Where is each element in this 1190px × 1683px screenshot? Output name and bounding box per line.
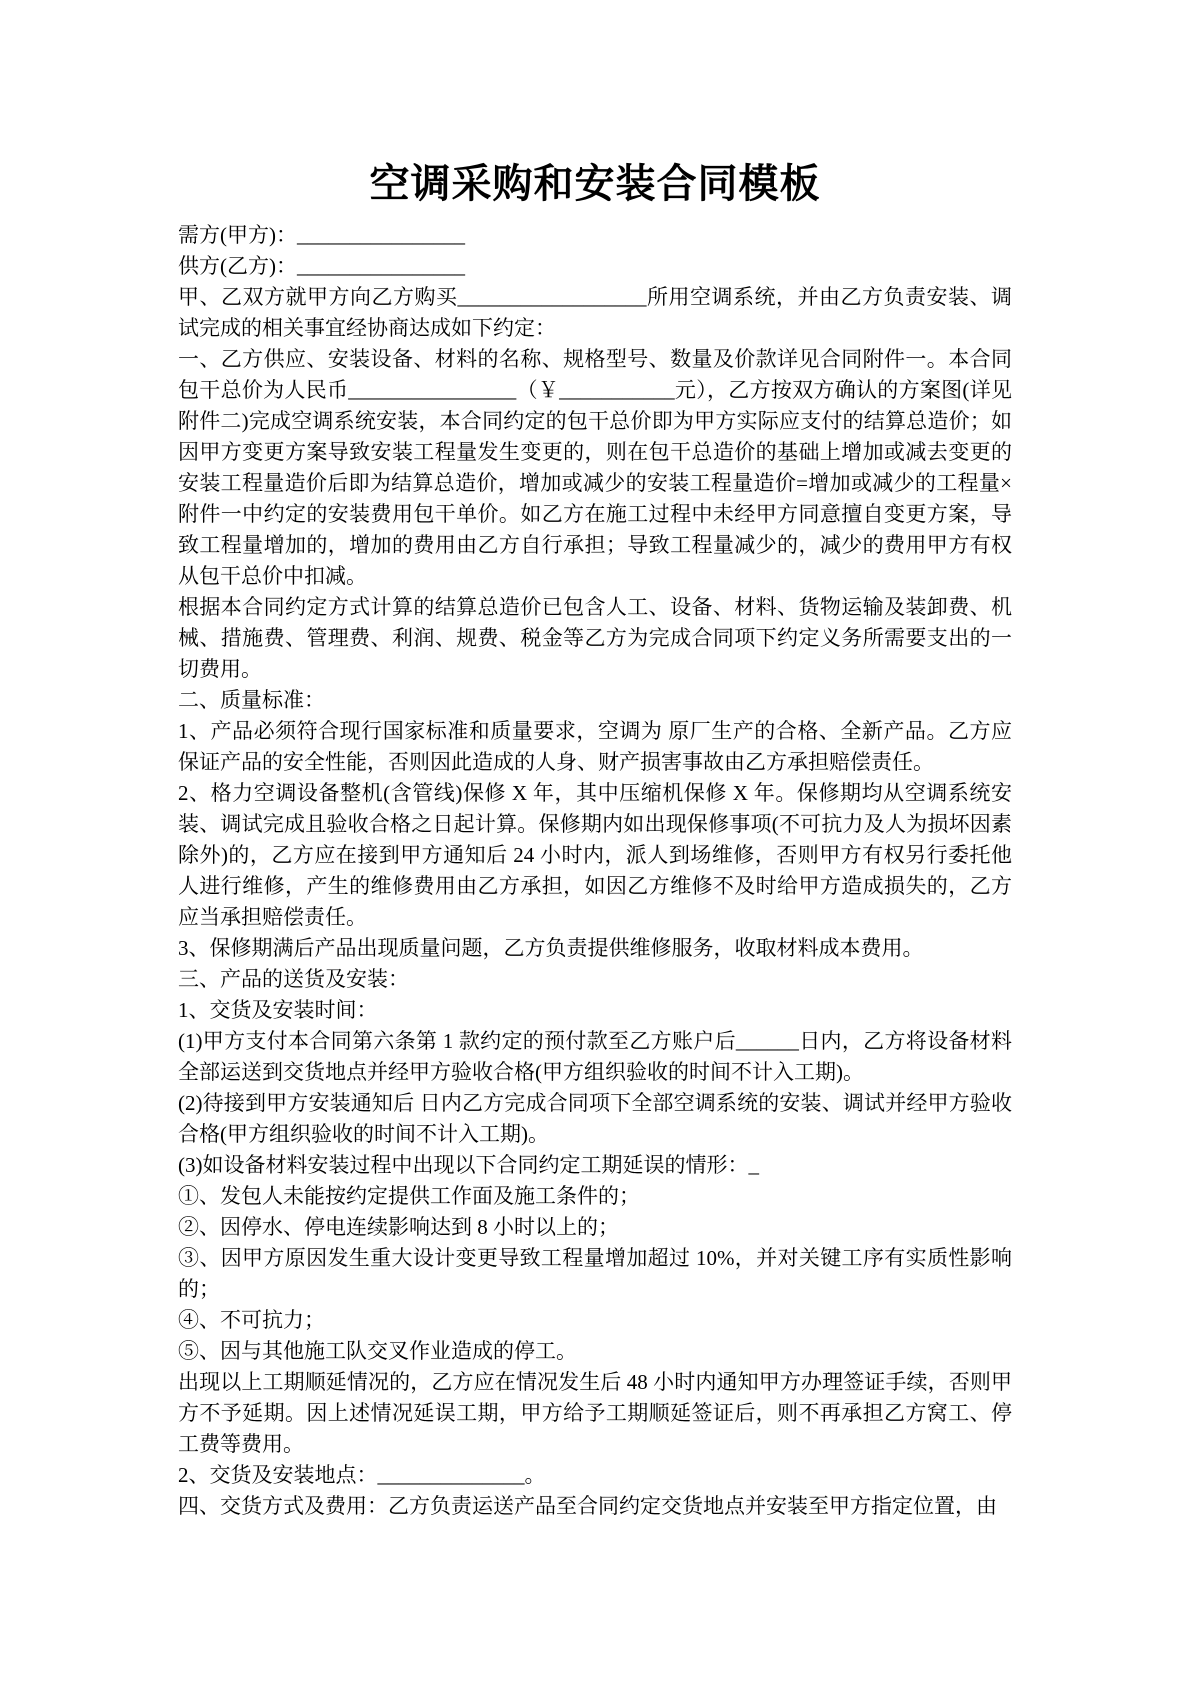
clause-2-item-2-warranty: 2、格力空调设备整机(含管线)保修 X 年，其中压缩机保修 X 年。保修期均从空… [178,778,1012,933]
clause-2-heading-quality-standard: 二、质量标准： [178,685,1012,716]
clause-4-delivery-method: 四、交货方式及费用：乙方负责运送产品至合同约定交货地点并安装至甲方指定位置，由 [178,1491,1012,1522]
clause-3-item-2-location: 2、交货及安装地点：______________。 [178,1460,1012,1491]
delay-case-1: ①、发包人未能按约定提供工作面及施工条件的； [178,1181,1012,1212]
delay-conditions-intro: (3)如设备材料安装过程中出现以下合同约定工期延误的情形：_ [178,1150,1012,1181]
contract-document-page: 空调采购和安装合同模板 需方(甲方)：________________ 供方(乙… [0,0,1190,1683]
delay-case-5: ⑤、因与其他施工队交叉作业造成的停工。 [178,1336,1012,1367]
preamble: 甲、乙双方就甲方向乙方购买__________________所用空调系统，并由… [178,282,1012,344]
delay-case-2: ②、因停水、停电连续影响达到 8 小时以上的； [178,1212,1012,1243]
party-a-line: 需方(甲方)：________________ [178,220,1012,251]
clause-1-cost-inclusion-note: 根据本合同约定方式计算的结算总造价已包含人工、设备、材料、货物运输及装卸费、机械… [178,592,1012,685]
clause-2-item-1-product-standard: 1、产品必须符合现行国家标准和质量要求，空调为 原厂生产的合格、全新产品。乙方应… [178,716,1012,778]
document-content: 空调采购和安装合同模板 需方(甲方)：________________ 供方(乙… [178,158,1012,1522]
delivery-time-sub-1: (1)甲方支付本合同第六条第 1 款约定的预付款至乙方账户后______日内，乙… [178,1026,1012,1088]
delay-notification-note: 出现以上工期顺延情况的，乙方应在情况发生后 48 小时内通知甲方办理签证手续，否… [178,1367,1012,1460]
delay-case-4: ④、不可抗力； [178,1305,1012,1336]
delay-case-3: ③、因甲方原因发生重大设计变更导致工程量增加超过 10%，并对关键工序有实质性影… [178,1243,1012,1305]
document-title: 空调采购和安装合同模板 [178,158,1012,210]
clause-1-price: 一、乙方供应、安装设备、材料的名称、规格型号、数量及价款详见合同附件一。本合同包… [178,344,1012,592]
clause-2-item-3-post-warranty: 3、保修期满后产品出现质量问题，乙方负责提供维修服务，收取材料成本费用。 [178,933,1012,964]
clause-3-heading-delivery-installation: 三、产品的送货及安装： [178,964,1012,995]
clause-3-item-1-time-heading: 1、交货及安装时间： [178,995,1012,1026]
party-b-line: 供方(乙方)：________________ [178,251,1012,282]
delivery-time-sub-2: (2)待接到甲方安装通知后 日内乙方完成合同项下全部空调系统的安装、调试并经甲方… [178,1088,1012,1150]
